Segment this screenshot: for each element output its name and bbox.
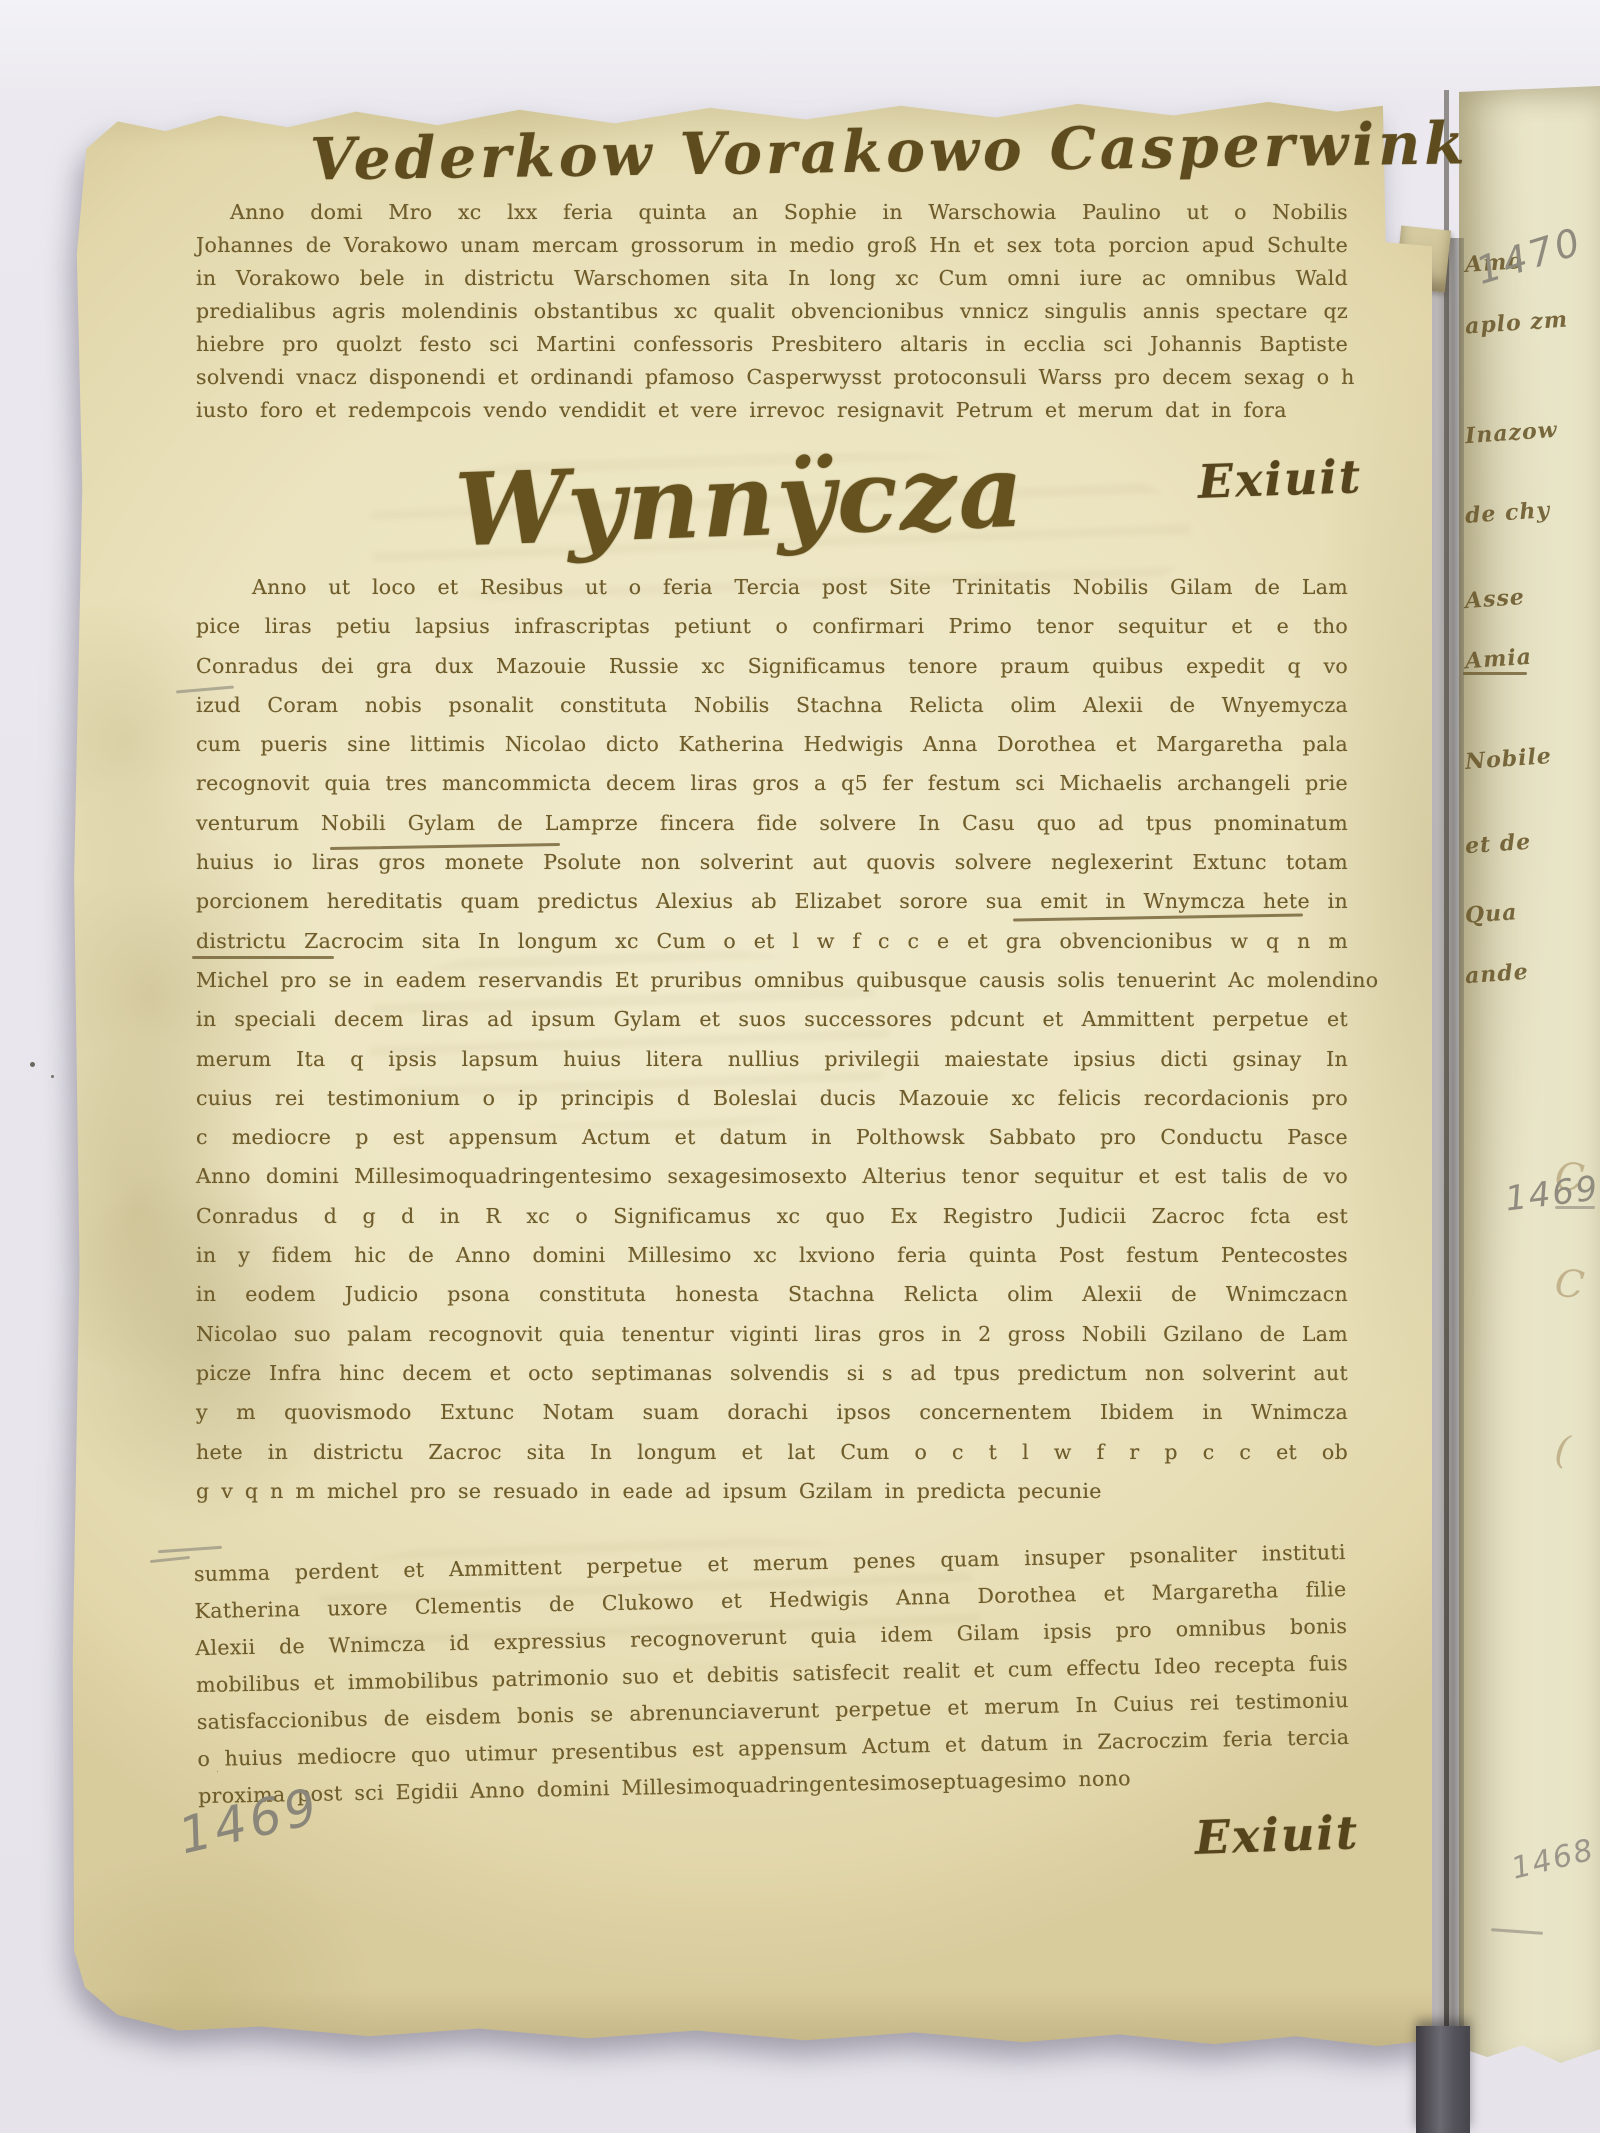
manuscript-text-line: cuius rei testimonium o ip principis d B… <box>196 1079 1348 1118</box>
manuscript-text-line: c mediocre p est appensum Actum et datum… <box>196 1118 1348 1157</box>
faint-ink-mark: C <box>1553 1261 1587 1308</box>
manuscript-text-line: in speciali decem liras ad ipsum Gylam e… <box>196 1000 1348 1039</box>
manuscript-text-line: venturum Nobili Gylam de Lamprze fincera… <box>196 804 1348 843</box>
exiuit-note-bottom: Exiuit <box>1151 1804 1403 1867</box>
manuscript-text-line: Johannes de Vorakowo unam mercam grossor… <box>196 229 1348 262</box>
manuscript-text-line: picze Infra hinc decem et octo septimana… <box>196 1354 1348 1393</box>
manuscript-text-line: merum Ita q ipsis lapsum huius litera nu… <box>196 1040 1348 1079</box>
section-heading-wynnycza: Wynnÿcza <box>453 433 997 570</box>
manuscript-text-line: pice liras petiu lapsius infrascriptas p… <box>196 607 1348 646</box>
manuscript-text-line: iusto foro et redempcois vendo vendidit … <box>196 394 1348 427</box>
binding-strip <box>1416 2026 1470 2133</box>
manuscript-text-line: hete in districtu Zacroc sita In longum … <box>196 1433 1348 1472</box>
record-paragraph: Anno ut loco et Resibus ut o feria Terci… <box>196 568 1348 1511</box>
manuscript-text-line: recognovit quia tres mancommicta decem l… <box>196 764 1348 803</box>
manuscript-text-line: hiebre pro quolzt festo sci Martini conf… <box>196 328 1348 361</box>
ink-underline <box>1463 672 1527 675</box>
exiuit-note-top: Exiuit <box>1154 448 1406 511</box>
manuscript-text-line: in y fidem hic de Anno domini Millesimo … <box>196 1236 1348 1275</box>
manuscript-text-line: districtu Zacrocim sita In longum xc Cum… <box>196 922 1348 961</box>
facing-page-edge: Amoaplo zmInazowde chyAsseAmiaNobileet d… <box>1459 86 1600 2071</box>
manuscript-text-line: g v q n m michel pro se resuado in eade … <box>196 1472 1348 1511</box>
manuscript-text-line: in eodem Judicio psona constituta honest… <box>196 1275 1348 1314</box>
dust-speck <box>30 1062 35 1067</box>
ink-underline <box>192 956 334 959</box>
facing-page-faint-marks: CC( <box>1459 86 1600 2071</box>
manuscript-text-line: in Vorakowo bele in districtu Warschomen… <box>196 262 1348 295</box>
manuscript-text-line: y m quovismodo Extunc Notam suam dorachi… <box>196 1393 1348 1432</box>
manuscript-text-line: cum pueris sine littimis Nicolao dicto K… <box>196 725 1348 764</box>
manuscript-text-line: izud Coram nobis psonalit constituta Nob… <box>196 686 1348 725</box>
manuscript-text-line: Anno domini Millesimoquadringentesimo se… <box>196 1157 1348 1196</box>
closing-paragraph: summa perdent et Ammittent perpetue et m… <box>194 1534 1351 1815</box>
faint-ink-mark: ( <box>1553 1427 1572 1472</box>
opening-paragraph: Anno domi Mro xc lxx feria quinta an Sop… <box>196 196 1348 427</box>
manuscript-text-line: Anno domi Mro xc lxx feria quinta an Sop… <box>196 196 1348 229</box>
page-edge-line <box>1444 90 1449 2040</box>
manuscript-text-line: Anno ut loco et Resibus ut o feria Terci… <box>196 568 1348 607</box>
manuscript-text-line: Conradus dei gra dux Mazouie Russie xc S… <box>196 647 1348 686</box>
pencil-dash <box>1555 1206 1595 1209</box>
manuscript-text-line: predialibus agris molendinis obstantibus… <box>196 295 1348 328</box>
manuscript-text-line: Michel pro se in eadem reservandis Et pr… <box>196 961 1348 1000</box>
manuscript-text-line: Nicolao suo palam recognovit quia tenent… <box>196 1315 1348 1354</box>
manuscript-photo: Amoaplo zmInazowde chyAsseAmiaNobileet d… <box>0 0 1600 2133</box>
manuscript-text-line: solvendi vnacz disponendi et ordinandi p… <box>196 361 1348 394</box>
manuscript-text-line: Conradus d g d in R xc o Significamus xc… <box>196 1197 1348 1236</box>
